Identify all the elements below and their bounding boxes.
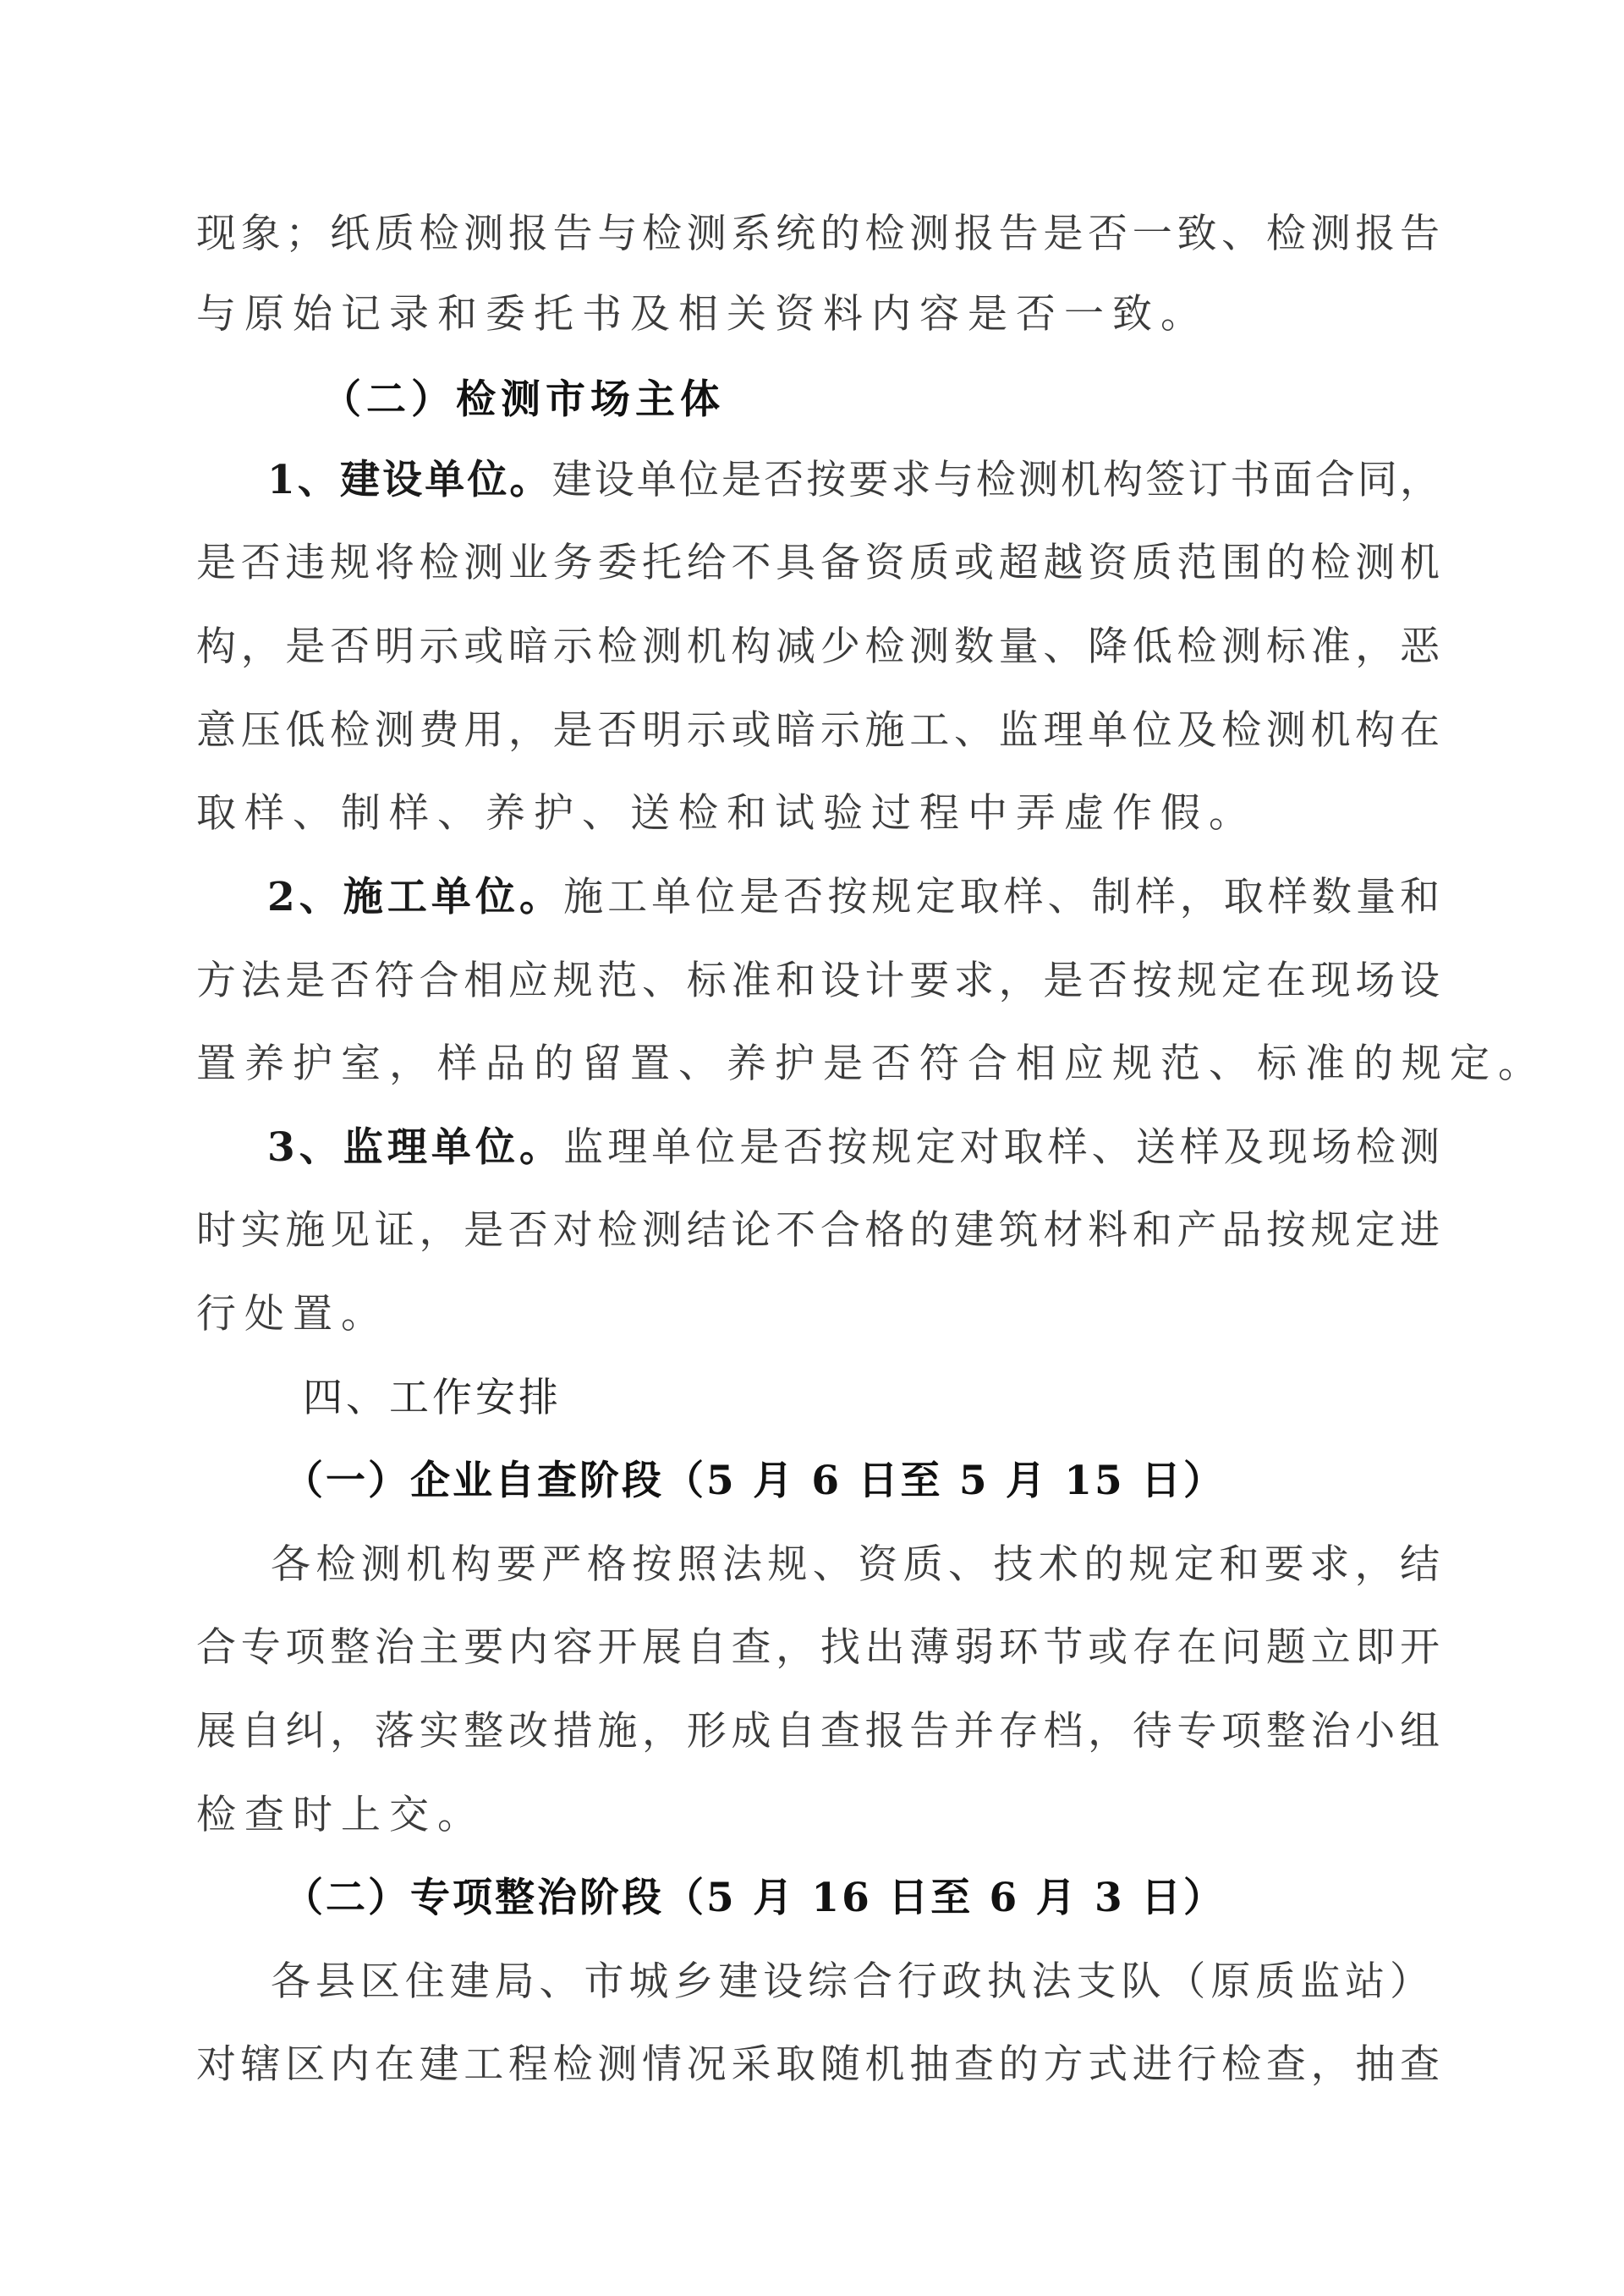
body-text-line: 构，是否明示或暗示检测机构减少检测数量、降低检测标准，恶: [196, 622, 1440, 673]
section-heading-work-arrangement: 四、工作安排: [303, 1373, 1546, 1424]
body-text-line: 展自纠，落实整改措施，形成自查报告并存档，待专项整治小组: [196, 1706, 1440, 1757]
body-text-line: 对辖区内在建工程检测情况采取随机抽查的方式进行检查，抽查: [196, 2040, 1440, 2090]
body-text: 监理单位是否按规定对取样、送样及现场检测: [563, 1124, 1440, 1171]
body-text-line: 时实施见证，是否对检测结论不合格的建筑材料和产品按规定进: [196, 1206, 1440, 1256]
body-text-line: 各县区住建局、市城乡建设综合行政执法支队（原质监站）: [271, 1957, 1429, 2008]
paragraph-construction-unit: 1、建设单位。建设单位是否按要求与检测机构签订书面合同，: [267, 455, 1440, 506]
body-text-line: 与原始记录和委托书及相关资料内容是否一致。: [196, 289, 1440, 340]
document-page: 现象；纸质检测报告与检测系统的检测报告是否一致、检测报告 与原始记录和委托书及相…: [0, 0, 1624, 2296]
body-text-line: 是否违规将检测业务委托给不具备资质或超越资质范围的检测机: [196, 538, 1440, 589]
section-heading-market-entities: （二）检测市场主体: [321, 375, 1565, 426]
body-text-line: 合专项整治主要内容开展自查，找出薄弱环节或存在问题立即开: [196, 1623, 1440, 1673]
label-supervision-unit: 3、监理单位。: [267, 1124, 563, 1171]
body-text-line: 方法是否符合相应规范、标准和设计要求，是否按规定在现场设: [196, 956, 1440, 1007]
paragraph-supervision-unit: 3、监理单位。监理单位是否按规定对取样、送样及现场检测: [267, 1123, 1440, 1173]
body-text: 建设单位是否按要求与检测机构签订书面合同，: [552, 457, 1440, 503]
body-text-line: 现象；纸质检测报告与检测系统的检测报告是否一致、检测报告: [196, 209, 1440, 260]
label-contractor-unit: 2、施工单位。: [267, 874, 563, 920]
body-text-line: 置养护室，样品的留置、养护是否符合相应规范、标准的规定。: [196, 1039, 1440, 1090]
body-text: 施工单位是否按规定取样、制样，取样数量和: [563, 874, 1440, 920]
subsection-heading-self-inspection: （一）企业自查阶段（5 月 6 日至 5 月 15 日）: [283, 1456, 1527, 1507]
body-text-line: 检查时上交。: [196, 1790, 1440, 1841]
body-text-line: 行处置。: [196, 1289, 1440, 1340]
label-construction-unit: 1、建设单位。: [267, 457, 552, 503]
paragraph-contractor-unit: 2、施工单位。施工单位是否按规定取样、制样，取样数量和: [267, 872, 1440, 923]
subsection-heading-special-rectification: （二）专项整治阶段（5 月 16 日至 6 月 3 日）: [283, 1873, 1527, 1924]
body-text-line: 取样、制样、养护、送检和试验过程中弄虚作假。: [196, 788, 1440, 839]
body-text-line: 各检测机构要严格按照法规、资质、技术的规定和要求，结: [271, 1540, 1440, 1590]
body-text-line: 意压低检测费用，是否明示或暗示施工、监理单位及检测机构在: [196, 706, 1440, 756]
